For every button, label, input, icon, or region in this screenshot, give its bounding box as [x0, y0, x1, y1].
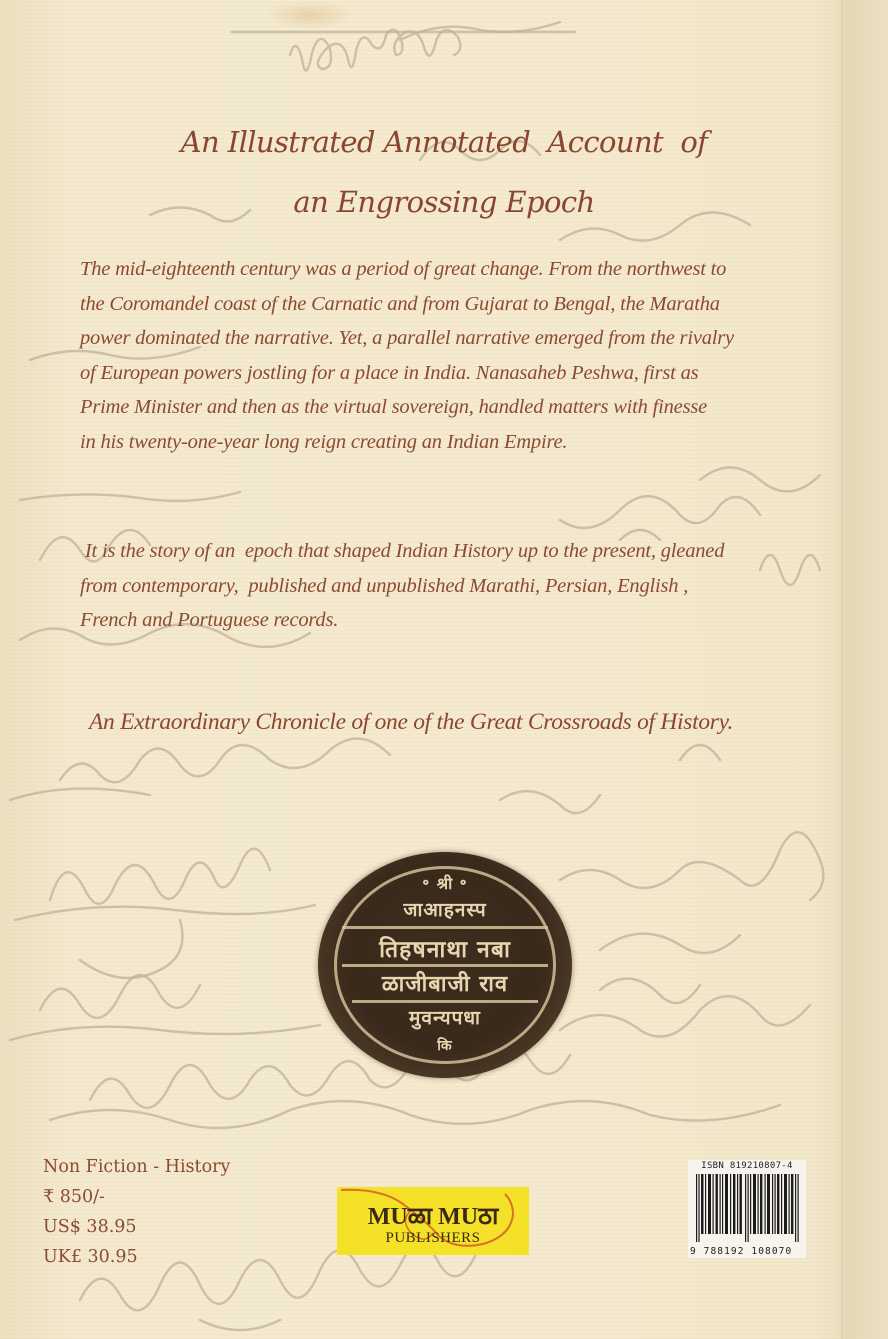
publisher-logo: MUळा MUठा PUBLISHERS: [337, 1187, 529, 1255]
blurb-line: The mid-eighteenth century was a period …: [80, 252, 820, 287]
headline-line-1: An Illustrated Annotated Account of: [0, 112, 888, 172]
blurb-line: in his twenty-one-year long reign creati…: [80, 425, 820, 460]
blurb-line: French and Portuguese records.: [80, 603, 820, 638]
price-inr: ₹ 850/-: [43, 1182, 230, 1212]
blurb-paragraph-2: It is the story of an epoch that shaped …: [80, 534, 820, 638]
price-usd: US$ 38.95: [43, 1212, 230, 1242]
cover-headline: An Illustrated Annotated Account of an E…: [0, 112, 888, 232]
ean-number: 9 788192 108070: [690, 1246, 806, 1257]
blurb-line: from contemporary, published and unpubli…: [80, 569, 820, 604]
headline-line-2: an Engrossing Epoch: [0, 172, 888, 232]
tagline: An Extraordinary Chronicle of one of the…: [89, 709, 849, 736]
blurb-paragraph-1: The mid-eighteenth century was a period …: [80, 252, 820, 460]
publisher-name: MUळा MUठा: [337, 1199, 529, 1232]
seal-text-line: जाआहनस्प: [318, 896, 572, 922]
seal-text-line: ळाजीबाजी राव: [318, 968, 572, 998]
isbn-label: ISBN 819210807-4: [688, 1161, 806, 1171]
blurb-line: of European powers jostling for a place …: [80, 356, 820, 391]
seal-divider: [352, 1000, 538, 1003]
seal-text-line: मुवन्यपधा: [318, 1004, 572, 1030]
isbn-barcode: ISBN 819210807-4 9 788192 108070: [688, 1160, 806, 1258]
seal-text-line: तिहषनाथा नबा: [318, 932, 572, 964]
seal-divider: [342, 926, 548, 929]
seal-text-line: कि: [318, 1036, 572, 1055]
barcode-icon: [696, 1174, 800, 1242]
blurb-line: power dominated the narrative. Yet, a pa…: [80, 321, 820, 356]
publisher-subtitle: PUBLISHERS: [337, 1230, 529, 1247]
price-info: Non Fiction - History ₹ 850/- US$ 38.95 …: [43, 1152, 230, 1272]
seal-divider: [342, 964, 548, 967]
seal-text-line: ॰ श्री ॰: [318, 872, 572, 894]
blurb-line: Prime Minister and then as the virtual s…: [80, 390, 820, 425]
blurb-line: the Coromandel coast of the Carnatic and…: [80, 287, 820, 322]
price-gbp: UK£ 30.95: [43, 1242, 230, 1272]
blurb-line: It is the story of an epoch that shaped …: [80, 534, 820, 569]
paper-stain: [265, 0, 355, 30]
seal-icon: ॰ श्री ॰ जाआहनस्प तिहषनाथा नबा ळाजीबाजी …: [318, 852, 572, 1078]
category-label: Non Fiction - History: [43, 1152, 230, 1182]
